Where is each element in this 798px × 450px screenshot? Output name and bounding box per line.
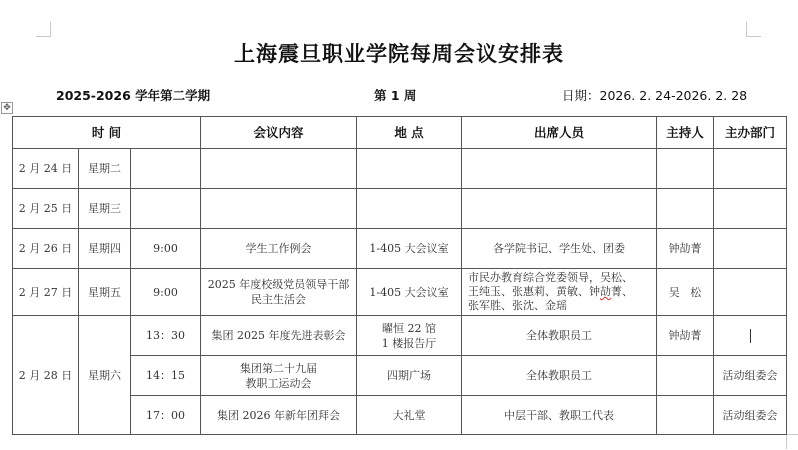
cell-location[interactable]: 大礼堂 [357,396,462,435]
cell-host[interactable]: 吴 松 [657,269,714,316]
page-margin-corner-bottom-right [786,434,798,449]
location-line: 曜恒 22 馆 [359,321,459,336]
cell-host[interactable]: 钟劼菁 [657,316,714,356]
cell-date[interactable]: 2 月 27 日 [13,269,79,316]
attendees-text: 菁、 [611,285,633,298]
date-range-label: 日期：2026. 2. 24-2026. 2. 28 [562,86,747,104]
cell-attendees[interactable]: 市民办教育综合党委领导，吴松、 王纯玉、张惠莉、黄敏、钟劼菁、 张军胜、张沈、金… [462,269,657,316]
cell-host[interactable] [657,356,714,396]
table-row: 2 月 24 日 星期二 [13,149,787,189]
header-attendees: 出席人员 [462,117,657,149]
cell-organizer[interactable] [714,316,787,356]
cell-date[interactable]: 2 月 25 日 [13,189,79,229]
table-row: 2 月 27 日 星期五 9:00 2025 年度校级党员领导干部 民主生活会 … [13,269,787,316]
cell-host[interactable] [657,396,714,435]
table-row: 2 月 28 日 星期六 13：30 集团 2025 年度先进表彰会 曜恒 22… [13,316,787,356]
term-label: 2025-2026 学年第二学期 [56,86,210,104]
table-move-handle-icon[interactable]: ✥ [1,102,13,114]
cell-time[interactable]: 13：30 [131,316,201,356]
header-location: 地 点 [357,117,462,149]
content-line: 集团第二十九届 [203,361,354,376]
cell-location[interactable]: 1-405 大会议室 [357,229,462,269]
cell-attendees[interactable] [462,189,657,229]
cell-organizer[interactable] [714,229,787,269]
cell-organizer[interactable]: 活动组委会 [714,396,787,435]
cell-time[interactable] [131,189,201,229]
attendees-text: 王纯玉、张惠莉、黄敏、钟 [468,285,600,298]
content-line: 教职工运动会 [203,376,354,391]
table-row: 2 月 26 日 星期四 9:00 学生工作例会 1-405 大会议室 各学院书… [13,229,787,269]
cell-content[interactable]: 集团第二十九届 教职工运动会 [201,356,357,396]
cell-time[interactable]: 9:00 [131,229,201,269]
location-line: 1 楼报告厅 [359,336,459,351]
cell-content[interactable]: 2025 年度校级党员领导干部 民主生活会 [201,269,357,316]
cell-location[interactable] [357,149,462,189]
cell-content[interactable]: 集团 2026 年新年团拜会 [201,396,357,435]
cell-host[interactable] [657,189,714,229]
cell-weekday[interactable]: 星期五 [79,269,131,316]
page-margin-corner-top-right [746,22,761,37]
meeting-schedule-table: 时 间 会议内容 地 点 出席人员 主持人 主办部门 2 月 24 日 星期二 … [12,116,787,435]
cell-content[interactable]: 学生工作例会 [201,229,357,269]
header-organizer: 主办部门 [714,117,787,149]
cell-attendees[interactable]: 中层干部、教职工代表 [462,396,657,435]
attendees-line: 王纯玉、张惠莉、黄敏、钟劼菁、 [468,285,654,299]
cell-time[interactable] [131,149,201,189]
cell-attendees[interactable] [462,149,657,189]
attendees-line: 张军胜、张沈、金瑶 [468,299,654,313]
header-host: 主持人 [657,117,714,149]
document-title: 上海震旦职业学院每周会议安排表 [0,38,798,68]
cell-weekday[interactable]: 星期四 [79,229,131,269]
cell-host[interactable] [657,149,714,189]
attendees-line: 市民办教育综合党委领导，吴松、 [468,271,654,285]
cell-attendees[interactable]: 各学院书记、学生处、团委 [462,229,657,269]
cell-location[interactable]: 1-405 大会议室 [357,269,462,316]
week-label: 第 1 周 [374,86,416,104]
cell-attendees[interactable]: 全体教职员工 [462,316,657,356]
table-row: 2 月 25 日 星期三 [13,189,787,229]
cell-date[interactable]: 2 月 26 日 [13,229,79,269]
cell-time[interactable]: 14：15 [131,356,201,396]
cell-location[interactable]: 曜恒 22 馆 1 楼报告厅 [357,316,462,356]
cell-content[interactable] [201,149,357,189]
cell-location[interactable]: 四期广场 [357,356,462,396]
text-cursor [750,329,751,343]
header-content: 会议内容 [201,117,357,149]
cell-weekday[interactable]: 星期二 [79,149,131,189]
cell-location[interactable] [357,189,462,229]
cell-time[interactable]: 17：00 [131,396,201,435]
cell-weekday[interactable]: 星期三 [79,189,131,229]
cell-time[interactable]: 9:00 [131,269,201,316]
content-line: 民主生活会 [203,292,354,307]
cell-organizer[interactable] [714,269,787,316]
cell-content[interactable] [201,189,357,229]
header-row: 时 间 会议内容 地 点 出席人员 主持人 主办部门 [13,117,787,149]
content-line: 2025 年度校级党员领导干部 [203,277,354,292]
cell-organizer[interactable] [714,149,787,189]
cell-organizer[interactable]: 活动组委会 [714,356,787,396]
cell-content[interactable]: 集团 2025 年度先进表彰会 [201,316,357,356]
cell-host[interactable]: 钟劼菁 [657,229,714,269]
header-time: 时 间 [13,117,201,149]
spellcheck-flagged-word[interactable]: 劼 [600,285,611,298]
page-margin-corner-top-left [36,22,51,37]
cell-weekday[interactable]: 星期六 [79,316,131,435]
cell-date[interactable]: 2 月 28 日 [13,316,79,435]
cell-organizer[interactable] [714,189,787,229]
cell-date[interactable]: 2 月 24 日 [13,149,79,189]
cell-attendees[interactable]: 全体教职员工 [462,356,657,396]
